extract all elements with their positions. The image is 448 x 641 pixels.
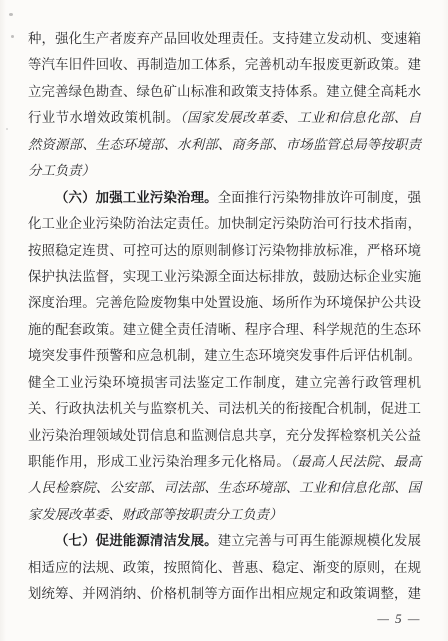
text-line: （七）促进能源清洁发展。建立完善与可再生能源规模化发展 [28,528,421,554]
page-number: — 5 — [377,611,421,627]
text-line: 健全工业污染环境损害司法鉴定工作制度，建立完善行政管理机 [28,370,421,396]
text-line: （六）加强工业污染治理。全面推行污染物排放许可制度，强 [28,185,421,211]
document-page: 种，强化生产者废弃产品回收处理责任。支持建立发动机、变速箱等汽车旧件回收、再制造… [0,0,448,641]
text-line: 分工负责） [28,158,421,184]
body-text: 相适应的法规、政策，按照简化、普惠、稳定、渐变的原则，在规 [28,560,421,575]
text-line: 化工业企业污染防治法定责任。加快制定污染防治可行技术指南， [28,211,421,237]
document-body-text: 种，强化生产者废弃产品回收处理责任。支持建立发动机、变速箱等汽车旧件回收、再制造… [28,26,421,608]
body-text: 保护执法监督，实现工业污染源全面达标排放，鼓励达标企业实施 [28,269,421,284]
text-line: 关、行政执法机关与监察机关、司法机关的衔接配合机制，促进工 [28,396,421,422]
scan-speck [9,13,13,16]
text-line: 划统筹、并网消纳、价格机制等方面作出相应规定和政策调整，建 [28,581,421,607]
text-line: 业污染治理领域处罚信息和监测信息共享，充分发挥检察机关公益 [28,423,421,449]
body-text: 境突发事件预警和应急机制，建立生态环境突发事件后评估机制。 [28,348,421,363]
body-text: 行业节水增效政策机制。 [28,110,180,125]
responsibility-note: （国家发展改革委、工业和信息化部、自 [180,110,421,125]
text-line: 相适应的法规、政策，按照简化、普惠、稳定、渐变的原则，在规 [28,555,421,581]
text-line: 人民检察院、公安部、司法部、生态环境部、工业和信息化部、国 [28,475,421,501]
body-text: 按照稳定连贯、可控可达的原则制修订污染物排放标准，严格环境 [28,243,421,258]
body-text: 职能作用，形成工业污染治理多元化格局。 [28,454,290,469]
responsibility-note: 分工负责） [28,163,95,178]
body-text: 立完善绿色勘查、绿色矿山标准和政策支持体系。建立健全高耗水 [28,84,421,99]
body-text: 业污染治理领域处罚信息和监测信息共享，充分发挥检察机关公益 [28,428,421,443]
body-text: 关、行政执法机关与监察机关、司法机关的衔接配合机制，促进工 [28,401,421,416]
text-line: 施的配套政策。建立健全责任清晰、程序合理、科学规范的生态环 [28,317,421,343]
body-text: 划统筹、并网消纳、价格机制等方面作出相应规定和政策调整，建 [28,586,421,601]
body-text: 建立完善与可再生能源规模化发展 [218,533,421,548]
text-line: 境突发事件预警和应急机制，建立生态环境突发事件后评估机制。 [28,343,421,369]
body-text: 健全工业污染环境损害司法鉴定工作制度，建立完善行政管理机 [28,375,421,390]
text-line: 然资源部、生态环境部、水利部、商务部、市场监管总局等按职责 [28,132,421,158]
scan-speck [11,35,14,38]
responsibility-note: 人民检察院、公安部、司法部、生态环境部、工业和信息化部、国 [28,480,421,495]
text-line: 家发展改革委、财政部等按职责分工负责） [28,502,421,528]
body-text: 全面推行污染物排放许可制度，强 [218,190,421,205]
body-text: 施的配套政策。建立健全责任清晰、程序合理、科学规范的生态环 [28,322,421,337]
section-heading: （七）促进能源清洁发展。 [55,533,218,548]
responsibility-note: 家发展改革委、财政部等按职责分工负责） [28,507,282,522]
responsibility-note: （最高人民法院、最高 [290,454,421,469]
body-text: 等汽车旧件回收、再制造加工体系，完善机动车报废更新政策。建 [28,57,421,72]
body-text: 种，强化生产者废弃产品回收处理责任。支持建立发动机、变速箱 [28,31,421,46]
scan-speck [6,128,8,130]
body-text: 化工业企业污染防治法定责任。加快制定污染防治可行技术指南， [28,216,421,231]
text-line: 按照稳定连贯、可控可达的原则制修订污染物排放标准，严格环境 [28,238,421,264]
text-line: 保护执法监督，实现工业污染源全面达标排放，鼓励达标企业实施 [28,264,421,290]
body-text: 深度治理。完善危险废物集中处置设施、场所作为环境保护公共设 [28,295,421,310]
section-heading: （六）加强工业污染治理。 [55,190,218,205]
text-line: 立完善绿色勘查、绿色矿山标准和政策支持体系。建立健全高耗水 [28,79,421,105]
text-line: 深度治理。完善危险废物集中处置设施、场所作为环境保护公共设 [28,290,421,316]
responsibility-note: 然资源部、生态环境部、水利部、商务部、市场监管总局等按职责 [28,137,421,152]
text-line: 种，强化生产者废弃产品回收处理责任。支持建立发动机、变速箱 [28,26,421,52]
text-line: 行业节水增效政策机制。（国家发展改革委、工业和信息化部、自 [28,105,421,131]
text-line: 职能作用，形成工业污染治理多元化格局。（最高人民法院、最高 [28,449,421,475]
text-line: 等汽车旧件回收、再制造加工体系，完善机动车报废更新政策。建 [28,52,421,78]
